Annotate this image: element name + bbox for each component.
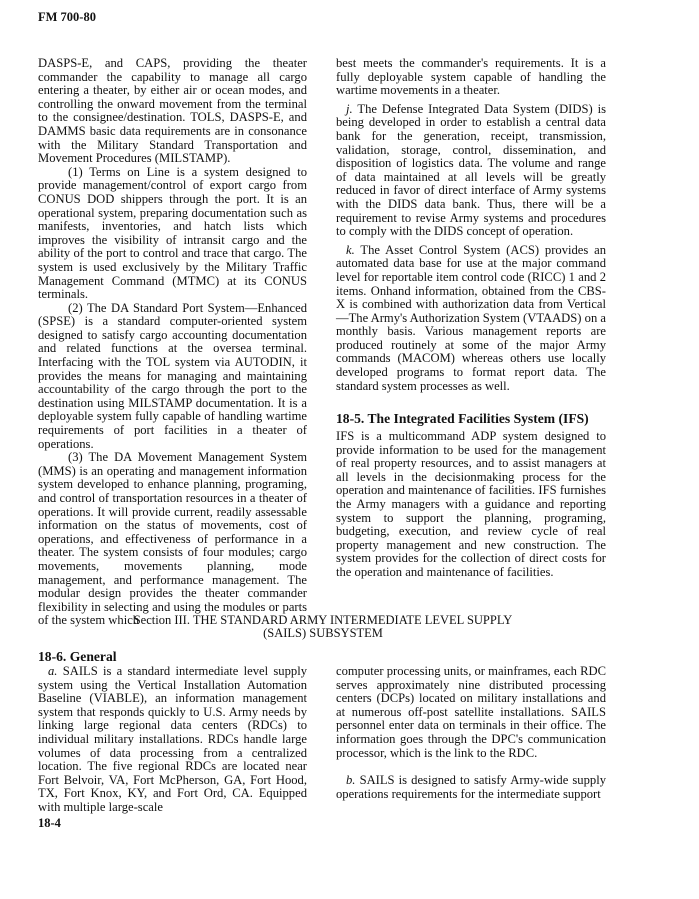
paragraph-k: k. The Asset Control System (ACS) provid… xyxy=(336,244,606,394)
paragraph-2: (2) The DA Standard Port System—Enhanced… xyxy=(38,302,307,452)
item-text: The DA Standard Port System—Enhanced (SP… xyxy=(38,301,307,451)
upper-right-column: best meets the commander's requirements.… xyxy=(336,57,606,393)
ifs-paragraph: IFS is a multicommand ADP system designe… xyxy=(336,430,606,580)
item-label: (3) xyxy=(68,450,83,464)
upper-left-column: DASPS-E, and CAPS, providing the theater… xyxy=(38,57,307,628)
lower-left-column: a. SAILS is a standard intermediate leve… xyxy=(38,665,307,815)
section-18-6-heading: 18-6. General xyxy=(38,649,318,665)
section-title: Section III. THE STANDARD ARMY INTERMEDI… xyxy=(38,614,608,640)
item-text: SAILS is designed to satisfy Army-wide s… xyxy=(336,773,606,801)
item-text: The DA Movement Management System (MMS) … xyxy=(38,450,307,627)
continuation-paragraph: best meets the commander's requirements.… xyxy=(336,57,606,98)
paragraph-b: b. SAILS is designed to satisfy Army-wid… xyxy=(336,774,606,801)
paragraph-a: a. SAILS is a standard intermediate leve… xyxy=(38,665,307,815)
item-text: SAILS is a standard intermediate level s… xyxy=(38,664,307,814)
section-18-5-body: IFS is a multicommand ADP system designe… xyxy=(336,430,606,580)
paragraph-1: (1) Terms on Line is a system designed t… xyxy=(38,166,307,302)
paragraph-a-continued: computer processing units, or mainframes… xyxy=(336,665,606,760)
page-number: 18-4 xyxy=(38,816,61,831)
item-label: a. xyxy=(48,664,57,678)
item-text: Terms on Line is a system designed to pr… xyxy=(38,165,307,301)
section-18-5-heading: 18-5. The Integrated Facilities System (… xyxy=(336,411,616,427)
paragraph-3: (3) The DA Movement Management System (M… xyxy=(38,451,307,628)
item-label: (2) xyxy=(68,301,83,315)
item-label: j. xyxy=(346,102,353,116)
item-label: (1) xyxy=(68,165,83,179)
item-text: The Asset Control System (ACS) provides … xyxy=(336,243,606,393)
item-label: k. xyxy=(346,243,355,257)
lower-right-column: computer processing units, or mainframes… xyxy=(336,665,606,801)
document-header: FM 700-80 xyxy=(38,10,96,25)
continuation-paragraph: DASPS-E, and CAPS, providing the theater… xyxy=(38,57,307,166)
item-text: The Defense Integrated Data System (DIDS… xyxy=(336,102,606,238)
paragraph-j: j. The Defense Integrated Data System (D… xyxy=(336,103,606,239)
item-label: b. xyxy=(346,773,355,787)
section-title-line-2: (SAILS) SUBSYSTEM xyxy=(38,627,608,640)
